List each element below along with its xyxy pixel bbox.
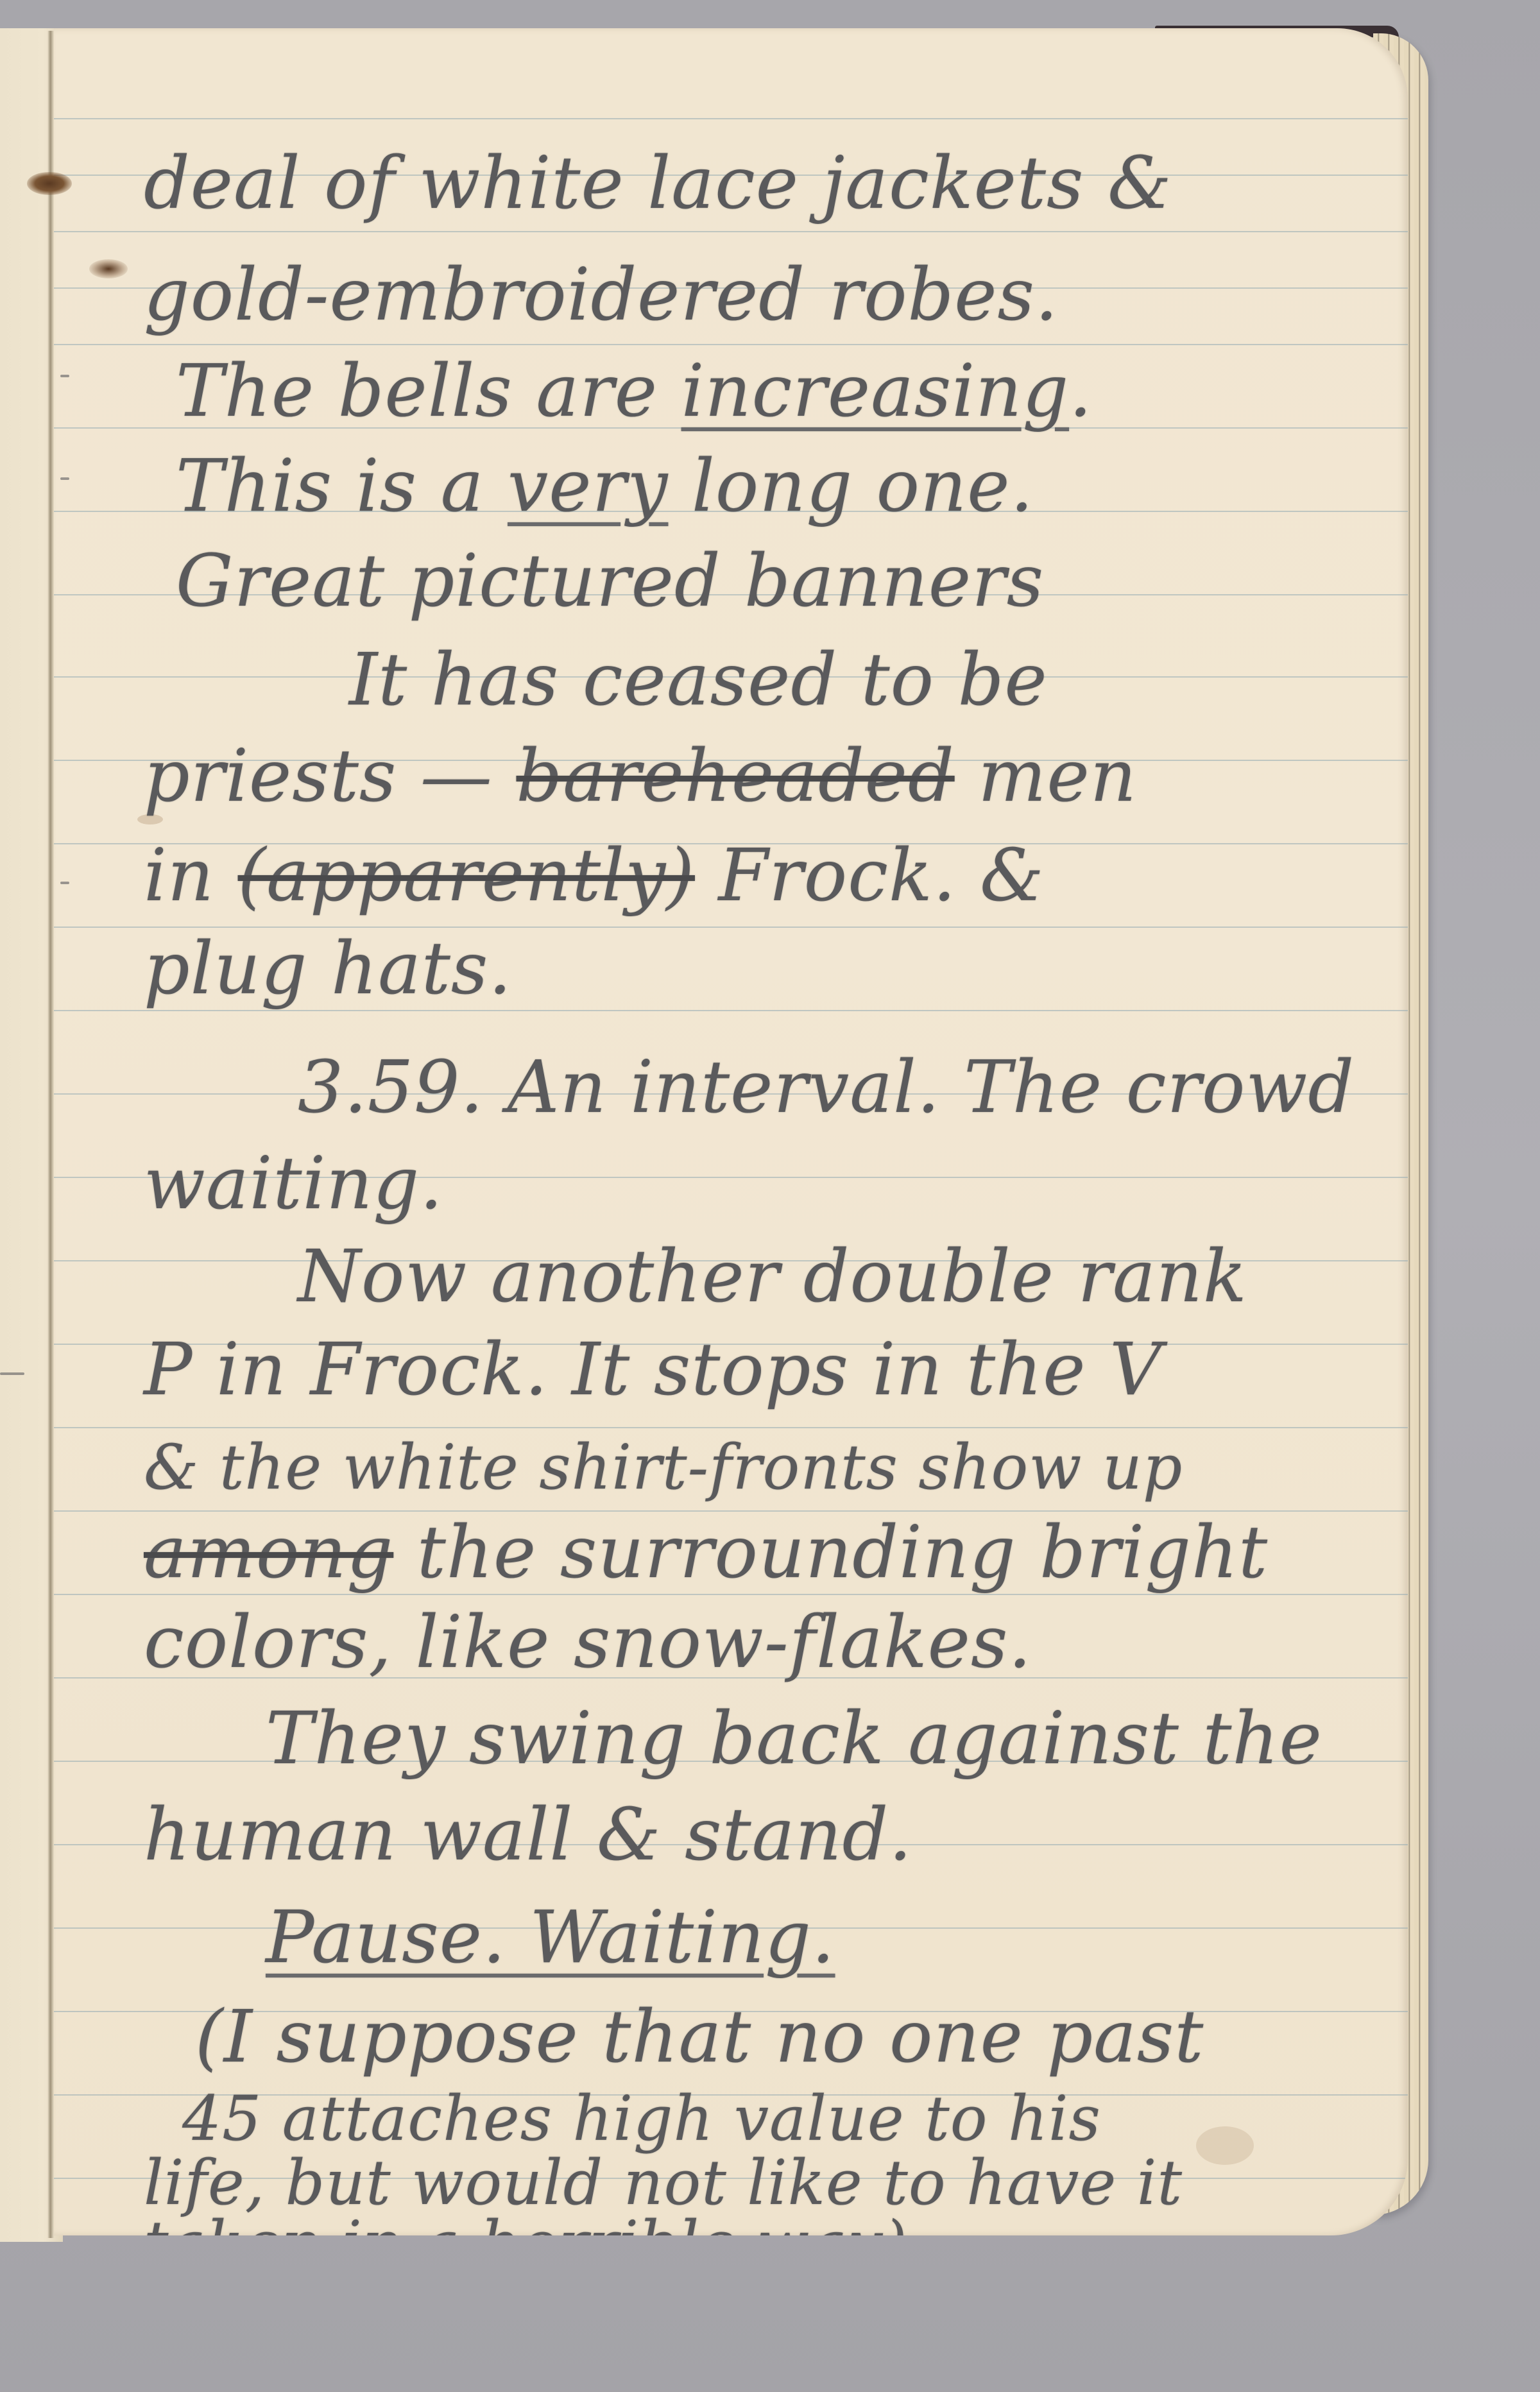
facing-page-pencil-mark xyxy=(0,1372,24,1375)
underlined-word-increasing: increasing xyxy=(681,350,1069,433)
handwritten-line-1: deal of white lace jackets & xyxy=(144,148,1172,219)
handwritten-line-11: waiting. xyxy=(144,1148,443,1220)
handwritten-line-5: Great pictured banners xyxy=(176,545,1044,617)
margin-mark xyxy=(60,477,69,480)
handwritten-line-4: This is a very long one. xyxy=(176,450,1034,522)
ruled-line xyxy=(54,344,1408,345)
handwritten-line-23: taken in a horrible way). xyxy=(144,2213,928,2235)
rust-stain xyxy=(89,259,128,278)
line-3-period: . xyxy=(1069,350,1093,433)
handwritten-line-7: priests — bareheaded men xyxy=(144,740,1137,812)
ruled-line xyxy=(54,231,1408,232)
handwritten-line-16: colors, like snow-flakes. xyxy=(144,1607,1032,1679)
line-8-start: in xyxy=(144,834,238,918)
line-8-end: Frock. & xyxy=(695,834,1045,918)
line-4-end: long one. xyxy=(668,445,1034,528)
foxing-spot xyxy=(1196,2126,1254,2165)
handwritten-line-15: among the surrounding bright xyxy=(144,1517,1268,1589)
ruled-line xyxy=(54,118,1408,119)
handwritten-line-13: P in Frock. It stops in the V xyxy=(144,1334,1162,1406)
margin-mark xyxy=(60,882,69,884)
line-3-text: The bells are xyxy=(176,350,681,433)
binding-fold xyxy=(47,31,54,2238)
handwritten-line-3: The bells are increasing. xyxy=(176,355,1093,427)
struck-word-among: among xyxy=(144,1511,393,1594)
line-4-text: This is a xyxy=(176,445,508,528)
handwritten-line-12: Now another double rank xyxy=(298,1241,1247,1313)
struck-word-bareheaded: bareheaded xyxy=(517,735,955,818)
handwritten-line-9: plug hats. xyxy=(144,933,512,1005)
handwritten-line-19-heading: Pause. Waiting. xyxy=(266,1902,835,1974)
handwritten-line-21: 45 attaches high value to his xyxy=(182,2088,1101,2149)
rust-stain-binding xyxy=(27,172,72,195)
line-7-start: priests — xyxy=(144,735,517,818)
handwritten-line-22: life, but would not like to have it xyxy=(144,2152,1183,2214)
ruled-line xyxy=(54,1427,1408,1428)
underlined-word-very: very xyxy=(508,445,668,528)
handwritten-line-10: 3.59. An interval. The crowd xyxy=(298,1052,1355,1123)
handwritten-line-8: in (apparently) Frock. & xyxy=(144,840,1045,912)
handwritten-line-18: human wall & stand. xyxy=(144,1799,912,1871)
handwritten-line-6: It has ceased to be xyxy=(349,644,1048,716)
notebook-page: deal of white lace jackets & gold-embroi… xyxy=(54,28,1408,2235)
struck-word-apparently: (apparently) xyxy=(238,834,695,918)
handwritten-line-14: & the white shirt-fronts show up xyxy=(144,1437,1183,1498)
line-15-end: the surrounding bright xyxy=(393,1511,1268,1594)
handwritten-line-17: They swing back against the xyxy=(266,1703,1322,1775)
handwritten-line-20: (I suppose that no one past xyxy=(195,2001,1204,2073)
line-7-end: men xyxy=(955,735,1137,818)
margin-mark xyxy=(60,375,69,377)
handwritten-line-2: gold-embroidered robes. xyxy=(144,259,1059,331)
